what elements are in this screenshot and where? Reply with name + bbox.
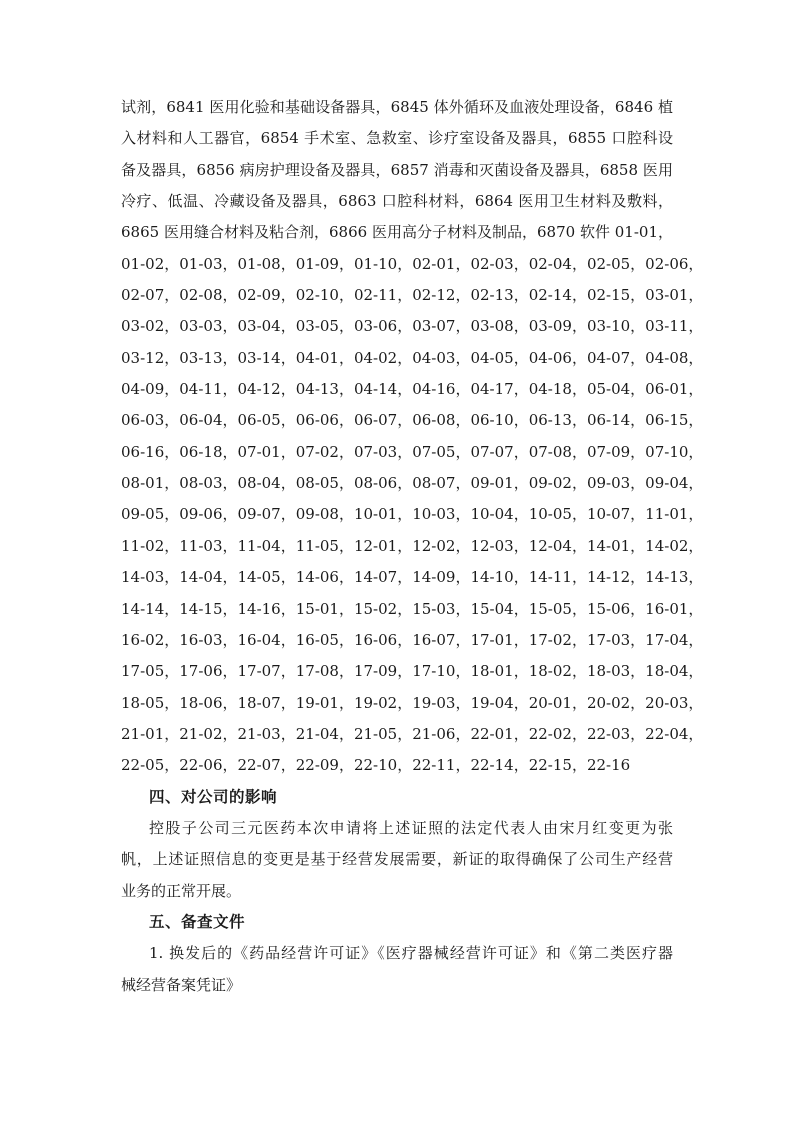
code-line: 06-16，06-18，07-01，07-02，07-03，07-05，07-0… xyxy=(121,437,673,468)
reference-item-line: 1. 换发后的《药品经营许可证》《医疗器械经营许可证》和《第二类医疗器 xyxy=(121,938,673,969)
code-line: 02-07，02-08，02-09，02-10，02-11，02-12，02-1… xyxy=(121,280,673,311)
code-line: 14-03，14-04，14-05，14-06，14-07，14-09，14-1… xyxy=(121,562,673,593)
text-line: 备及器具，6856 病房护理设备及器具，6857 消毒和灭菌设备及器具，6858… xyxy=(121,155,673,186)
code-line: 14-14，14-15，14-16，15-01，15-02，15-03，15-0… xyxy=(121,594,673,625)
code-line: 17-05，17-06，17-07，17-08，17-09，17-10，18-0… xyxy=(121,656,673,687)
section-impact: 四、对公司的影响 控股子公司三元医药本次申请将上述证照的法定代表人由宋月红变更为… xyxy=(121,782,673,907)
section-heading-reference-documents: 五、备查文件 xyxy=(121,907,673,938)
section-heading-impact: 四、对公司的影响 xyxy=(121,782,673,813)
document-page: 试剂，6841 医用化验和基础设备器具，6845 体外循环及血液处理设备，684… xyxy=(121,92,673,1001)
text-line: 试剂，6841 医用化验和基础设备器具，6845 体外循环及血液处理设备，684… xyxy=(121,92,673,123)
code-line: 09-05，09-06，09-07，09-08，10-01，10-03，10-0… xyxy=(121,499,673,530)
code-line: 04-09，04-11，04-12，04-13，04-14，04-16，04-1… xyxy=(121,374,673,405)
paragraph-line: 业务的正常开展。 xyxy=(121,876,673,907)
code-line: 18-05，18-06，18-07，19-01，19-02，19-03，19-0… xyxy=(121,688,673,719)
text-line: 6865 医用缝合材料及粘合剂，6866 医用高分子材料及制品，6870 软件 … xyxy=(121,217,673,248)
reference-item-line: 械经营备案凭证》 xyxy=(121,970,673,1001)
code-line: 01-02，01-03，01-08，01-09，01-10，02-01，02-0… xyxy=(121,249,673,280)
paragraph-line: 控股子公司三元医药本次申请将上述证照的法定代表人由宋月红变更为张 xyxy=(121,813,673,844)
code-line: 03-12，03-13，03-14，04-01，04-02，04-03，04-0… xyxy=(121,343,673,374)
text-line: 入材料和人工器官，6854 手术室、急救室、诊疗室设备及器具，6855 口腔科设 xyxy=(121,123,673,154)
code-line: 03-02，03-03，03-04，03-05，03-06，03-07，03-0… xyxy=(121,311,673,342)
code-line: 06-03，06-04，06-05，06-06，06-07，06-08，06-1… xyxy=(121,405,673,436)
code-line: 22-05，22-06，22-07，22-09，22-10，22-11，22-1… xyxy=(121,750,673,781)
paragraph-line: 帆，上述证照信息的变更是基于经营发展需要，新证的取得确保了公司生产经营 xyxy=(121,844,673,875)
business-scope-continuation: 试剂，6841 医用化验和基础设备器具，6845 体外循环及血液处理设备，684… xyxy=(121,92,673,249)
code-line: 11-02，11-03，11-04，11-05，12-01，12-02，12-0… xyxy=(121,531,673,562)
category-code-list: 01-02，01-03，01-08，01-09，01-10，02-01，02-0… xyxy=(121,249,673,782)
code-line: 08-01，08-03，08-04，08-05，08-06，08-07，09-0… xyxy=(121,468,673,499)
code-line: 16-02，16-03，16-04，16-05，16-06，16-07，17-0… xyxy=(121,625,673,656)
section-reference-documents: 五、备查文件 1. 换发后的《药品经营许可证》《医疗器械经营许可证》和《第二类医… xyxy=(121,907,673,1001)
code-line: 21-01，21-02，21-03，21-04，21-05，21-06，22-0… xyxy=(121,719,673,750)
text-line: 冷疗、低温、冷藏设备及器具，6863 口腔科材料，6864 医用卫生材料及敷料， xyxy=(121,186,673,217)
